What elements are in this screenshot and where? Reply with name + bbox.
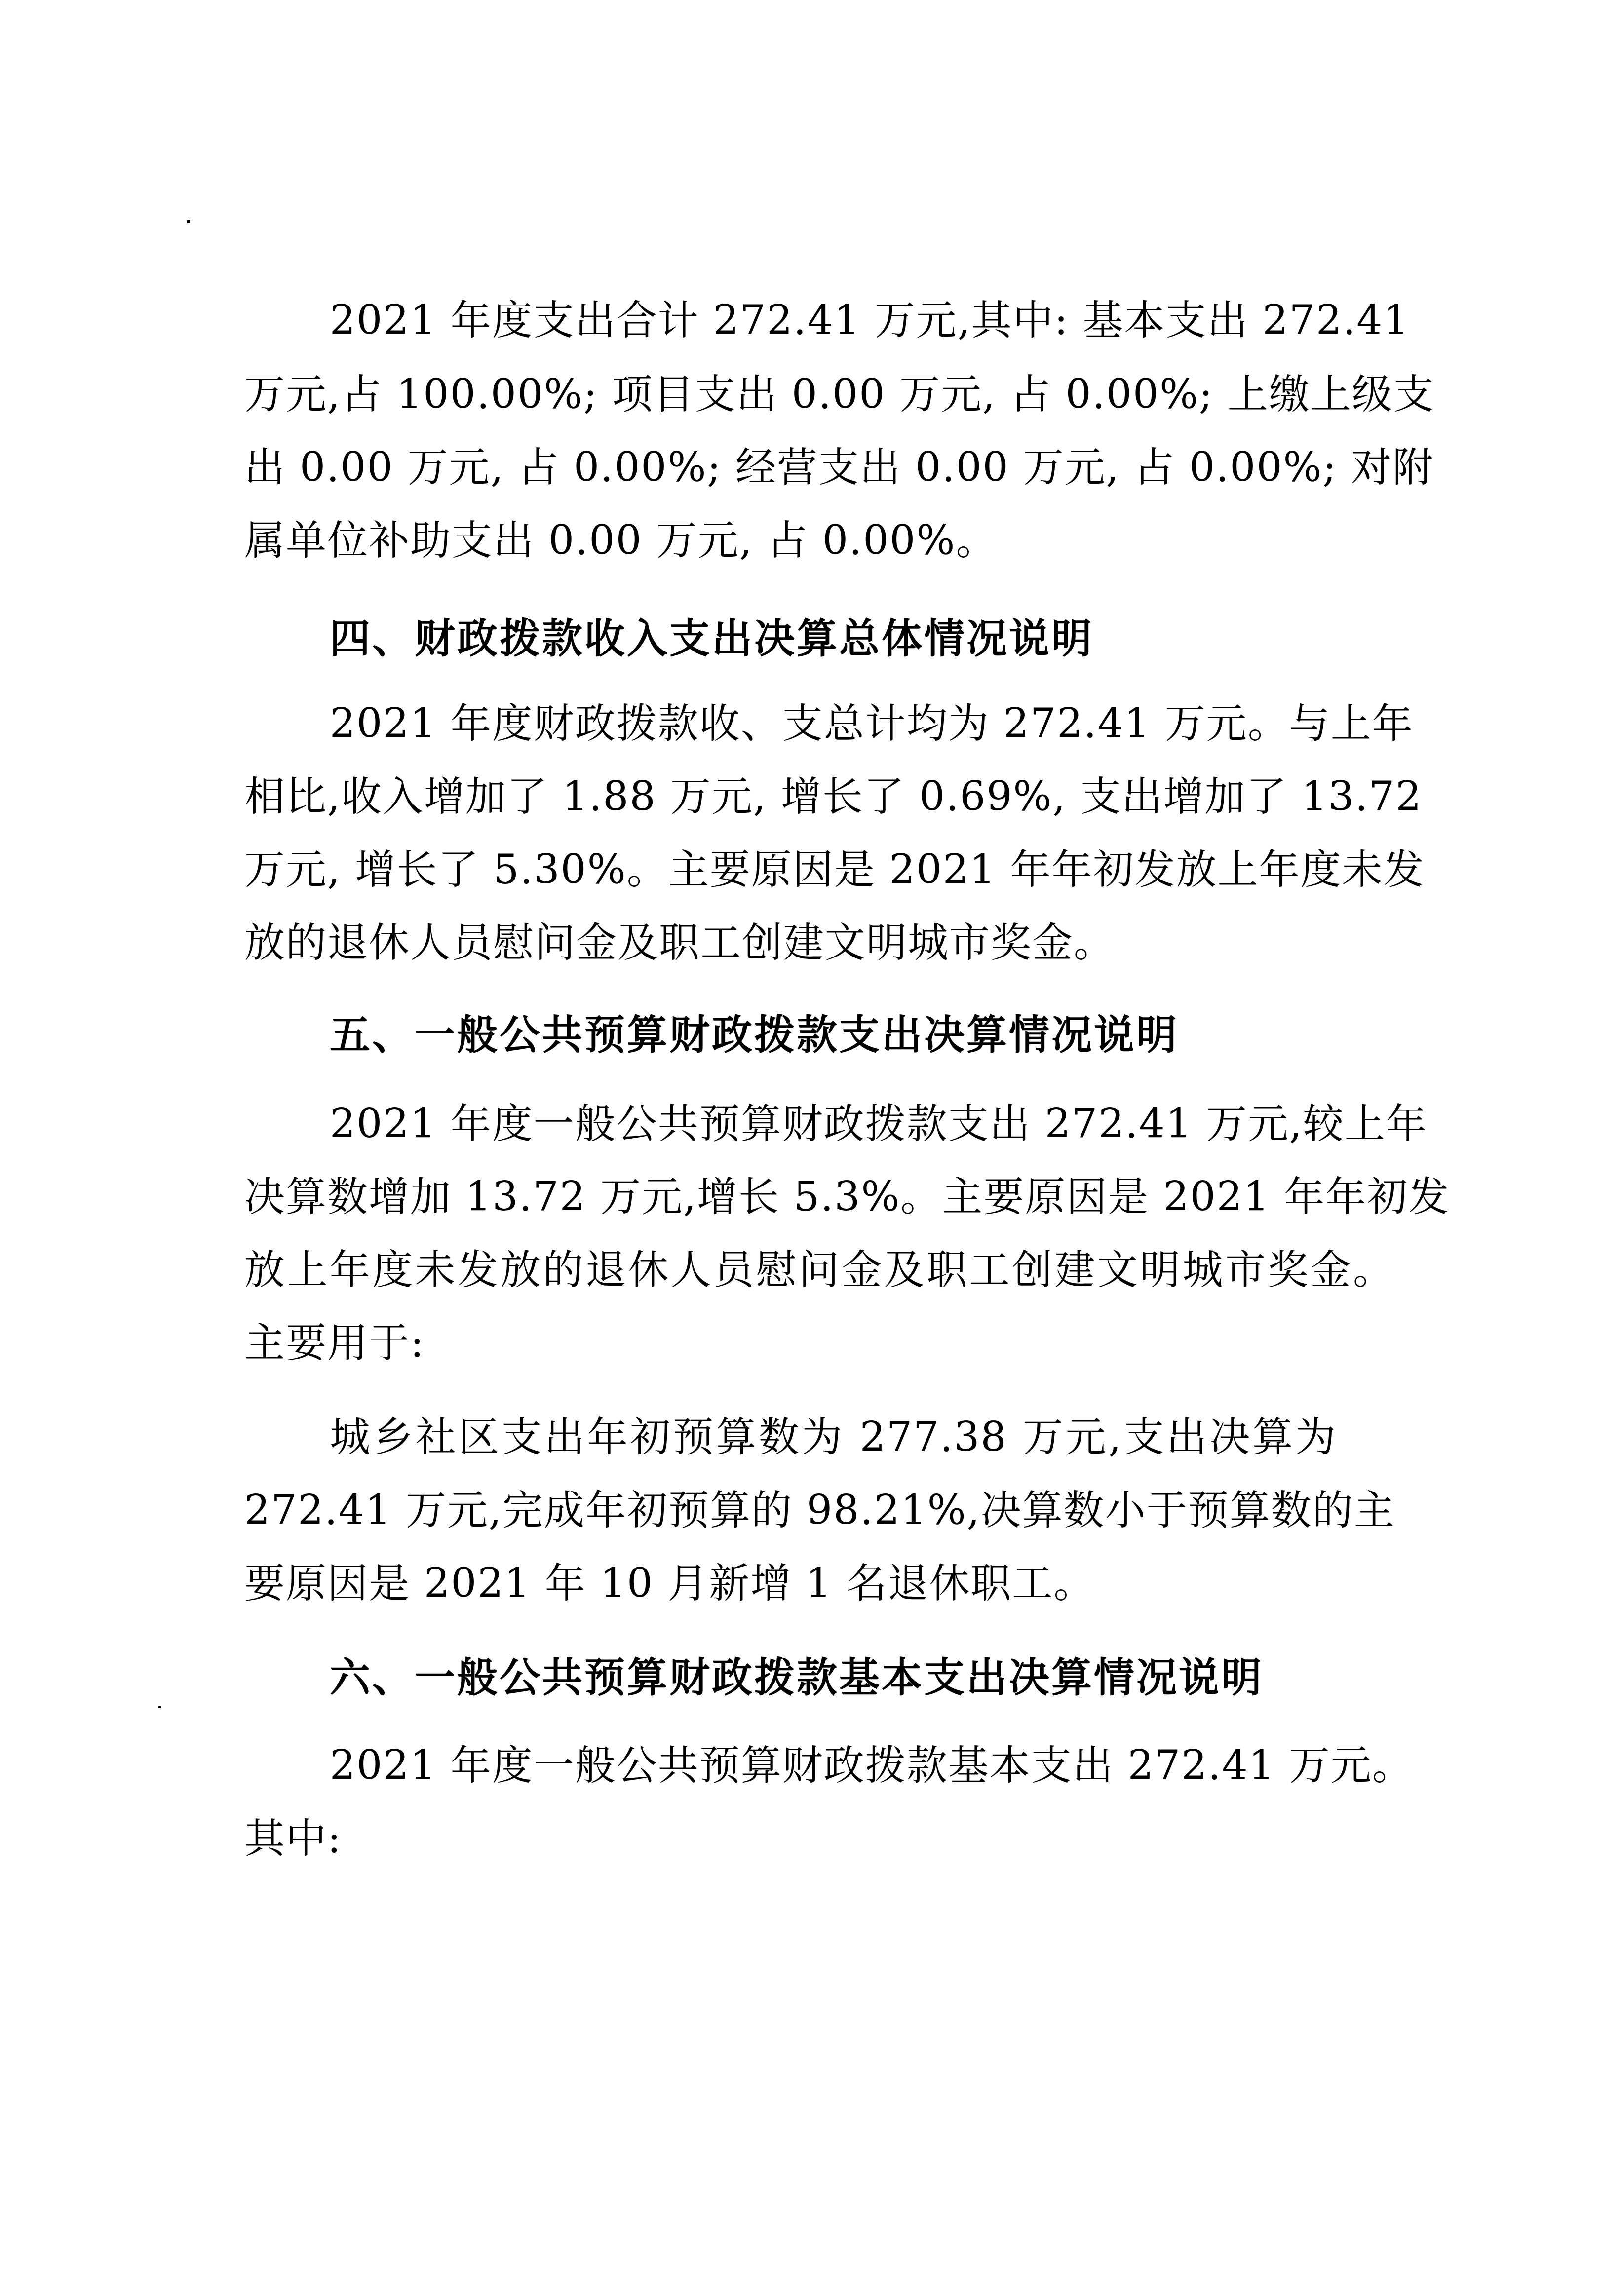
paragraph-4-line-1: 城乡社区支出年初预算数为 277.38 万元,支出决算为 [330, 1413, 1337, 1462]
paragraph-1-line-3: 出 0.00 万元, 占 0.00%; 经营支出 0.00 万元, 占 0.00… [244, 443, 1394, 493]
paragraph-3-line-2: 决算数增加 13.72 万元,增长 5.3%。主要原因是 2021 年年初发 [244, 1173, 1394, 1222]
paragraph-3-line-3: 放上年度未发放的退休人员慰问金及职工创建文明城市奖金。 [244, 1246, 1394, 1295]
document-page: 2021 年度支出合计 272.41 万元,其中: 基本支出 272.41 万元… [0, 0, 1621, 2296]
paragraph-4-line-2: 272.41 万元,完成年初预算的 98.21%,决算数小于预算数的主 [244, 1486, 1380, 1535]
scan-speck [187, 220, 190, 223]
section-heading-4: 四、财政拨款收入支出决算总体情况说明 [330, 614, 1094, 664]
paragraph-3-line-4: 主要用于: [244, 1319, 1394, 1368]
paragraph-2-line-2: 相比,收入增加了 1.88 万元, 增长了 0.69%, 支出增加了 13.72 [244, 772, 1394, 822]
paragraph-4-line-3: 要原因是 2021 年 10 月新增 1 名退休职工。 [244, 1559, 1394, 1608]
paragraph-3-line-1: 2021 年度一般公共预算财政拨款支出 272.41 万元,较上年 [330, 1100, 1394, 1149]
section-heading-5: 五、一般公共预算财政拨款支出决算情况说明 [330, 1011, 1179, 1060]
paragraph-5-line-2: 其中: [244, 1814, 1394, 1864]
paragraph-1-line-1: 2021 年度支出合计 272.41 万元,其中: 基本支出 272.41 [330, 296, 1394, 345]
scan-speck [158, 1706, 161, 1708]
paragraph-2-line-3: 万元, 增长了 5.30%。主要原因是 2021 年年初发放上年度未发 [244, 845, 1394, 895]
paragraph-2-line-1: 2021 年度财政拨款收、支总计均为 272.41 万元。与上年 [330, 699, 1394, 749]
paragraph-5-line-1: 2021 年度一般公共预算财政拨款基本支出 272.41 万元。 [330, 1741, 1376, 1791]
paragraph-1-line-4: 属单位补助支出 0.00 万元, 占 0.00%。 [244, 516, 1394, 566]
section-heading-6: 六、一般公共预算财政拨款基本支出决算情况说明 [330, 1653, 1264, 1703]
paragraph-1-line-2: 万元,占 100.00%; 项目支出 0.00 万元, 占 0.00%; 上缴上… [244, 370, 1394, 420]
paragraph-2-line-4: 放的退休人员慰问金及职工创建文明城市奖金。 [244, 918, 1394, 968]
